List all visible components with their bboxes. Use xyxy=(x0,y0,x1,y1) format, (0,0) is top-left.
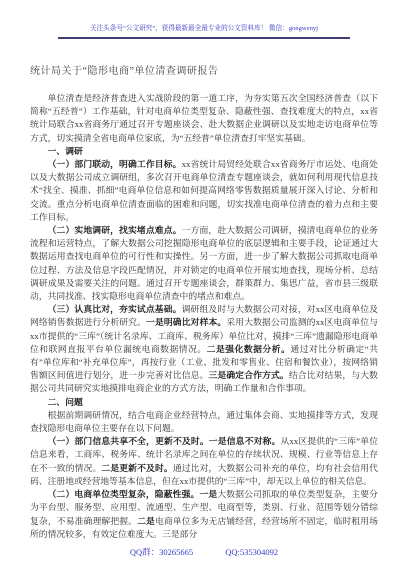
qq-number: QQ:535304092 xyxy=(225,547,278,557)
paragraph: （三）认真比对，夯实试点基础。调研组及时与大数据公司对接，对xx区电商单位及网络… xyxy=(30,303,378,395)
document-title: 统计局关于“隐形电商”单位清查调研报告 xyxy=(30,62,378,77)
footer: QQ群：30265665 QQ:535304092 xyxy=(0,546,408,558)
paragraph: （二）实地调研，找实堵点难点。一方面，赴大数据公司调研，摸清电商单位的业务流程和… xyxy=(30,224,378,303)
header-banner: 关注头条号“公文研究”，获得最新最全最专业的公文资料库！ 微信：gongweny… xyxy=(58,22,350,39)
section-heading: 一、调研 xyxy=(30,145,378,158)
paragraph: 根据前期调研情况，结合电商企业经营特点，通过集体会商、实地摸排等方式，发现查找隐… xyxy=(30,409,378,435)
paragraph: （二）电商单位类型复杂，隐蔽性强。一是大数据公司抓取的单位类型复杂，主要分为平台… xyxy=(30,488,378,541)
paragraph: 单位清查是经济普查进入实战阶段的第一道工序，为夯实第五次全国经济普查（以下简称“… xyxy=(30,92,378,145)
header-banner-text: 关注头条号“公文研究”，获得最新最全最专业的公文资料库！ 微信：gongweny… xyxy=(90,25,318,32)
paragraph: （一）部门联动，明确工作目标。xx省统计局贸经处联合xx省商务厅市运处、电商处以… xyxy=(30,158,378,224)
paragraph: （一）部门信息共享不全，更新不及时。一是信息不对称。从xx区提供的“三库”单位信… xyxy=(30,435,378,488)
document-page: 关注头条号“公文研究”，获得最新最全最专业的公文资料库！ 微信：gongweny… xyxy=(0,0,408,580)
document-body: 单位清查是经济普查进入实战阶段的第一道工序，为夯实第五次全国经济普查（以下简称“… xyxy=(30,92,378,541)
section-heading: 二、问题 xyxy=(30,396,378,409)
qq-group-number: QQ群：30265665 xyxy=(130,547,193,557)
